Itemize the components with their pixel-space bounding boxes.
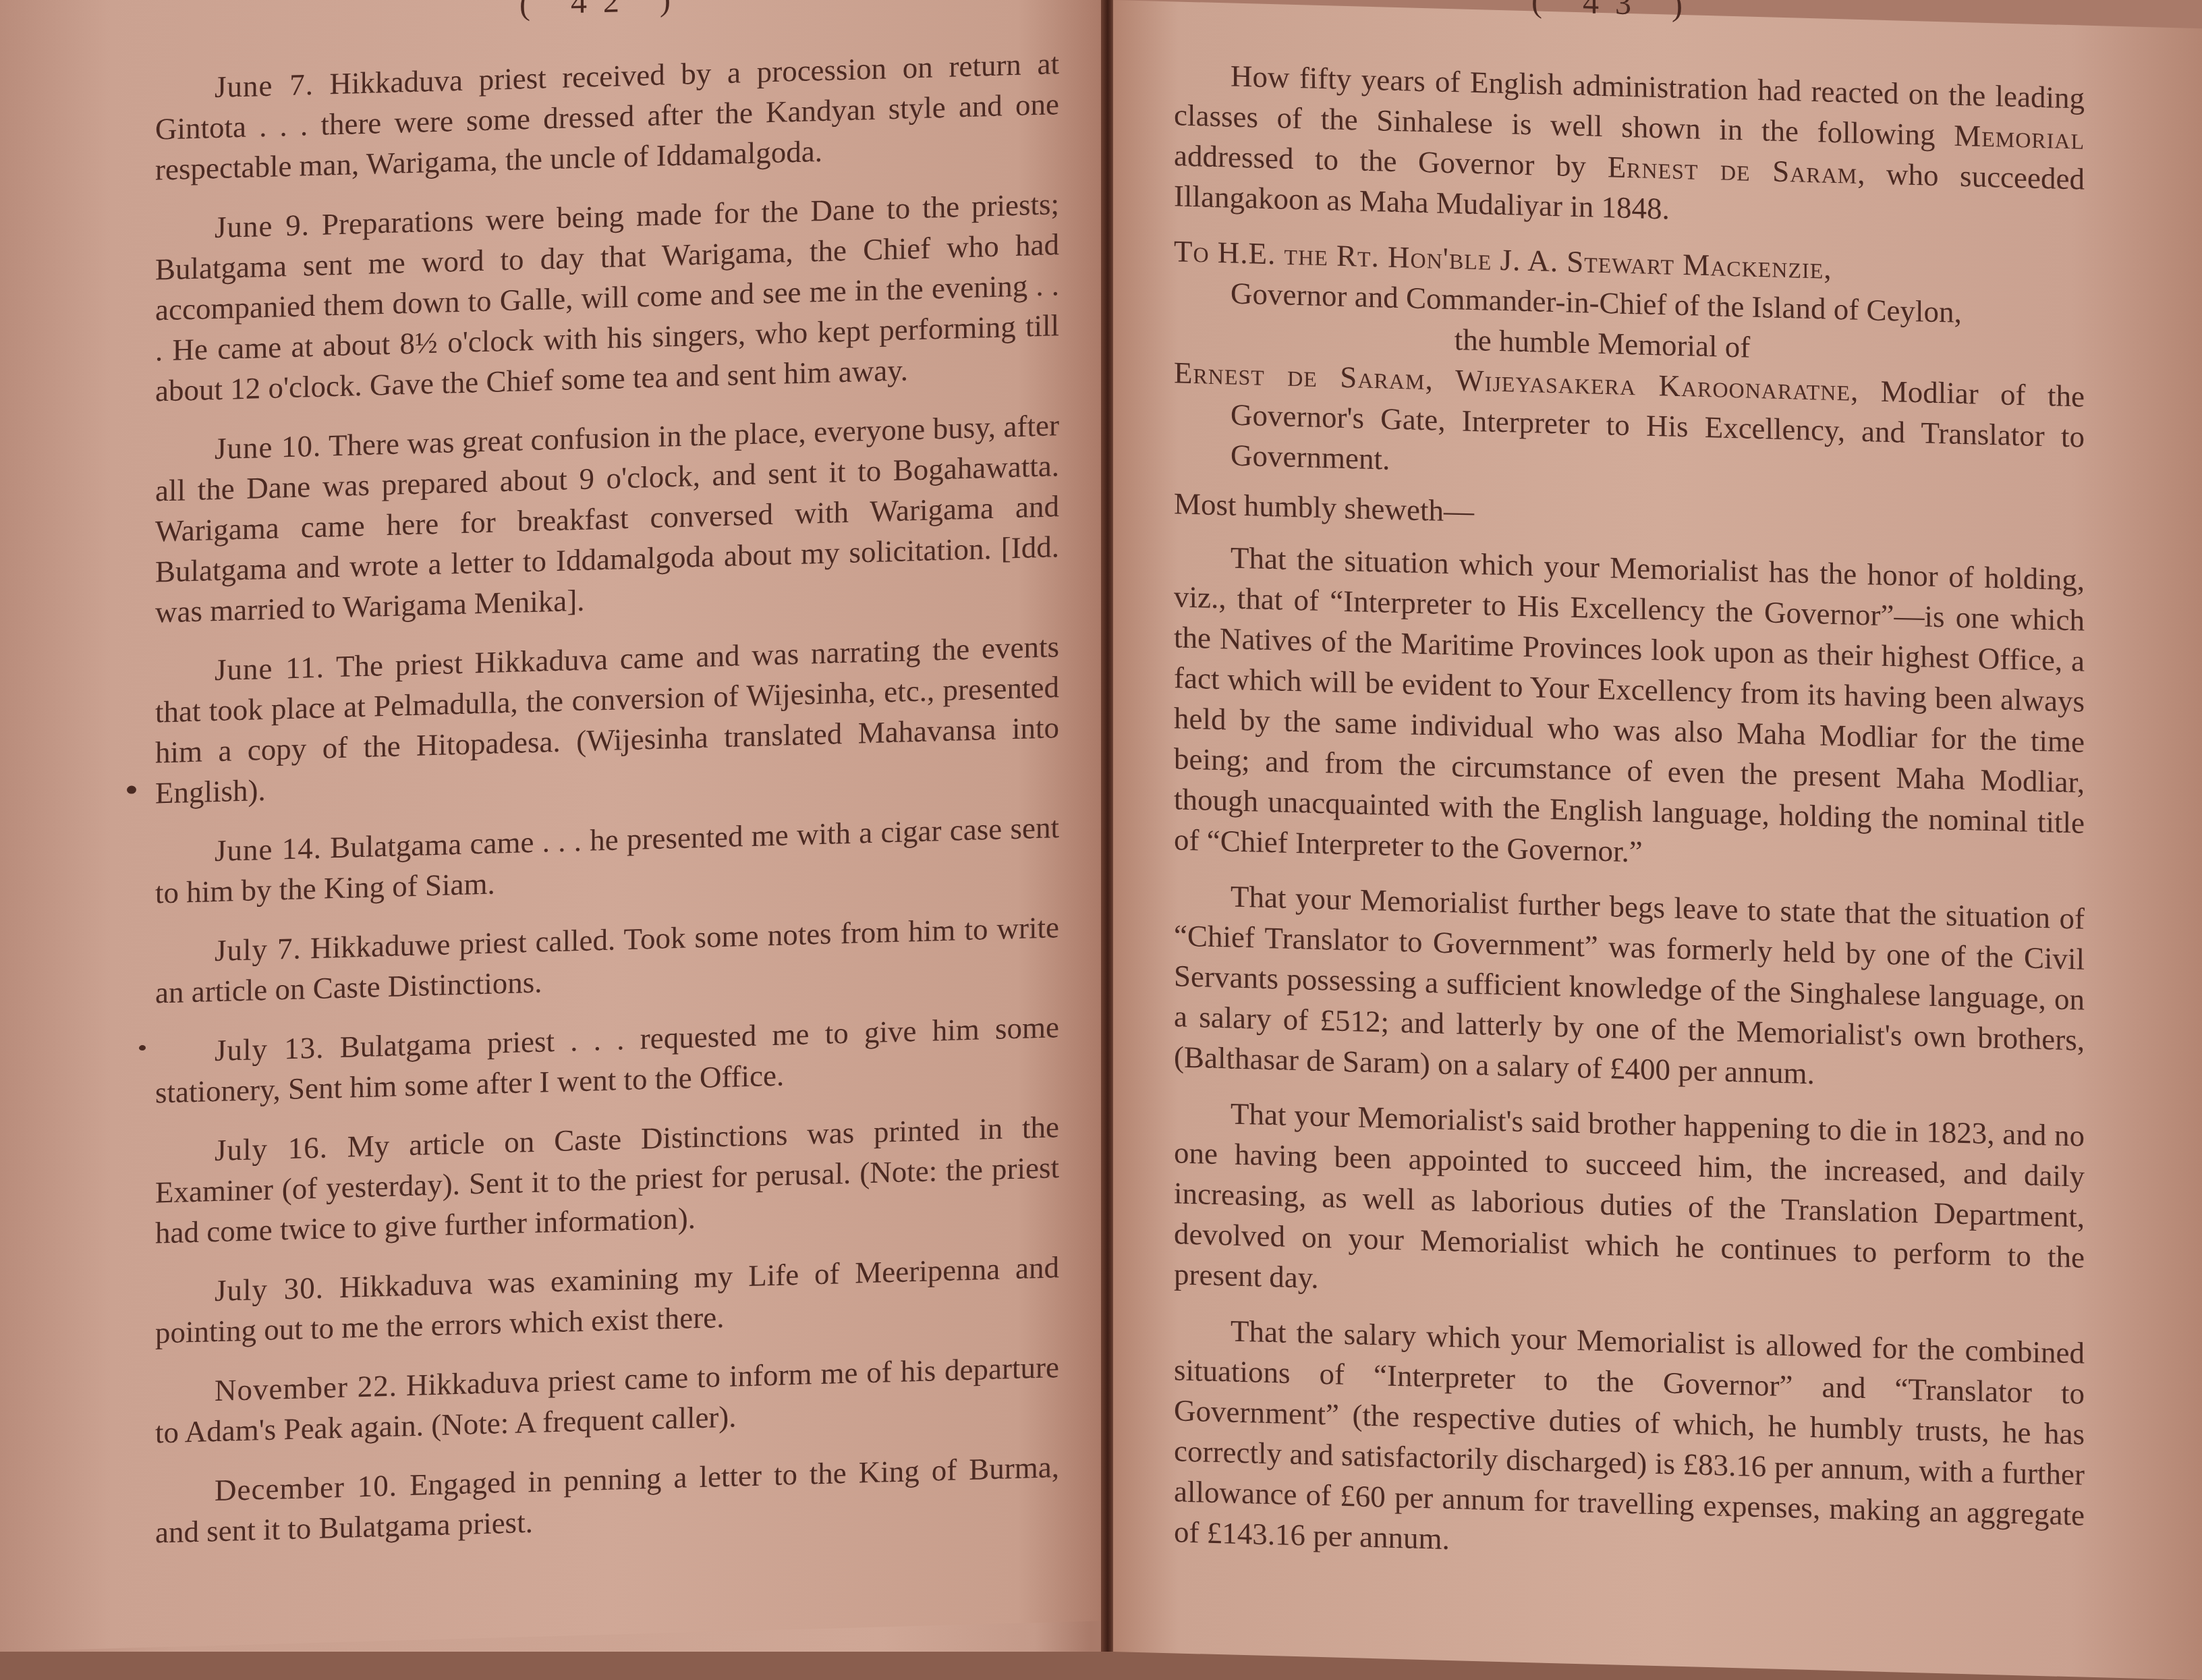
entry-date: June 7. [215,67,314,104]
diary-entry: June 14. Bulatgama came . . . he present… [155,807,1059,913]
memorial-paragraph: That your Memorialist further begs leave… [1174,874,2085,1100]
entry-date: July 16. [215,1130,328,1167]
diary-entry: July 13. Bulatgama priest . . . requeste… [155,1007,1059,1113]
entry-date: June 14. [215,831,322,868]
diary-entry: July 7. Hikkaduwe priest called. Took so… [155,907,1059,1013]
memorialist-block: Ernest de Saram, Wijeyasakera Karoonarat… [1174,352,2085,497]
entry-date: June 10. [215,429,321,466]
diary-entry: June 10. There was great confusion in th… [155,405,1059,632]
intro-text: addressed to the Governor by [1174,138,1586,183]
left-page: ( 42 ) June 7. Hikkaduva priest received… [0,0,1106,1652]
page-number-right: ( 43 ) [1531,0,1699,24]
diary-entry: June 9. Preparations were being made for… [155,184,1059,411]
entry-date: November 22. [215,1369,397,1408]
margin-ink-dot-icon [139,1045,146,1051]
diary-entry: July 30. Hikkaduva was examining my Life… [155,1247,1059,1353]
memorial-paragraph: That your Memorialist's said brother hap… [1174,1092,2085,1318]
intro-text: How fifty years of English administratio… [1174,59,2085,152]
memorial-paragraph: That the situation which your Memorialis… [1174,536,2085,883]
page-number-left: ( 42 ) [519,0,687,22]
entry-date: June 9. [215,208,310,244]
memorial-paragraph: That the salary which your Memorialist i… [1174,1309,2085,1575]
margin-ink-mark-icon [127,785,136,793]
diary-entry: June 7. Hikkaduva priest received by a p… [155,43,1059,190]
diary-entry: December 10. Engaged in penning a letter… [155,1447,1059,1552]
entry-date: December 10. [215,1469,397,1508]
memorial-text: How fifty years of English administratio… [1174,54,2085,1590]
right-page: ( 43 ) How fifty years of English admini… [1113,0,2202,1652]
entry-date: July 7. [215,932,302,968]
entry-date: July 30. [215,1271,324,1308]
diary-entry: July 16. My article on Caste Distinction… [155,1107,1059,1253]
open-book-spread: ( 42 ) June 7. Hikkaduva priest received… [0,0,2202,1652]
diary-entries: June 7. Hikkaduva priest received by a p… [155,43,1059,1571]
diary-entry: November 22. Hikkaduva priest came to in… [155,1347,1059,1453]
intro-paragraph: How fifty years of English administratio… [1174,54,2085,240]
entry-date: July 13. [215,1031,324,1068]
memorial-word: Memorial [1954,119,2085,156]
author-name: Ernest de Saram [1608,150,1858,190]
diary-entry: June 11. The priest Hikkaduva came and w… [155,626,1059,813]
entry-date: June 11. [215,650,324,688]
